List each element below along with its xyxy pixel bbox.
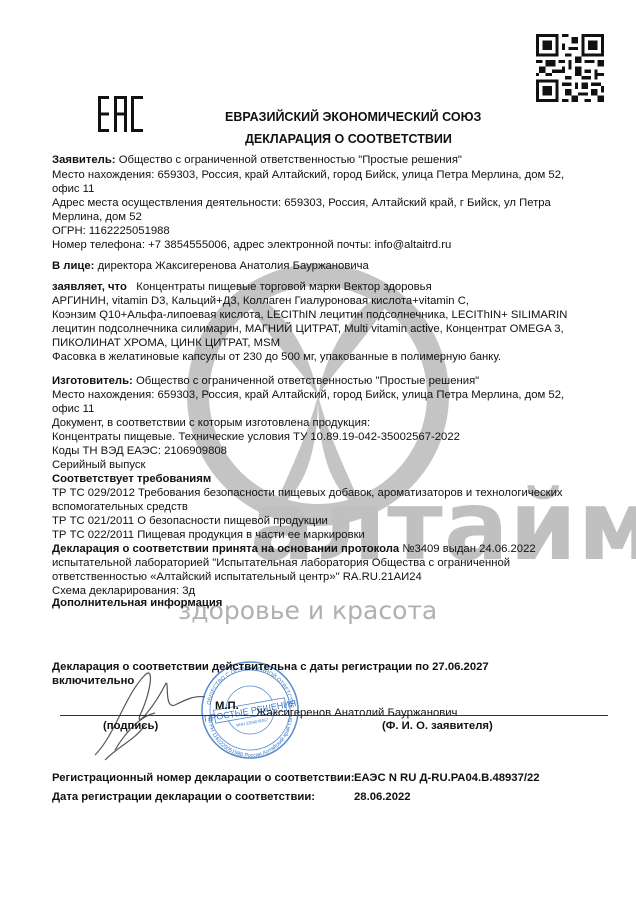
- applicant-activity-2: Мерлина, дом 52: [52, 211, 142, 224]
- declares-line-5: ПИКОЛИНАТ ХРОМА, ЦИНК ЦИТРАТ, MSM: [52, 337, 280, 350]
- representative-label: В лице:: [52, 260, 94, 272]
- applicant-label: Заявитель:: [52, 154, 116, 166]
- manufacturer-release: Серийный выпуск: [52, 459, 146, 472]
- declares-label: заявляет, что: [52, 281, 127, 293]
- manufacturer-doc-label: Документ, в соответствии с которым изгот…: [52, 417, 370, 430]
- basis-line-2: испытательной лабораторией "Испытательна…: [52, 557, 510, 570]
- declares-line-3: Коэнзим Q10+Альфа-липоевая кислота, LECI…: [52, 309, 567, 322]
- validity-line-2: включительно: [52, 675, 134, 688]
- mp-label: М.П.: [215, 700, 239, 712]
- manufacturer-doc-value: Концентраты пищевые. Технические условия…: [52, 431, 460, 444]
- requirement-2: ТР ТС 021/2011 О безопасности пищевой пр…: [52, 515, 328, 528]
- declares-line-6: Фасовка в желатиновые капсулы от 230 до …: [52, 351, 501, 364]
- org-title: ЕВРАЗИЙСКИЙ ЭКОНОМИЧЕСКИЙ СОЮЗ: [225, 110, 625, 124]
- document-title: ДЕКЛАРАЦИЯ О СООТВЕТСТВИИ: [245, 132, 636, 146]
- declares-line-2: АРГИНИН, vitamin D3, Кальций+Д3, Коллаге…: [52, 295, 469, 308]
- signature-line: [60, 715, 608, 716]
- basis-line: Декларация о соответствии принята на осн…: [52, 543, 536, 556]
- basis-value: №3409 выдан 24.06.2022: [402, 543, 535, 555]
- declares-line: заявляет, что Концентраты пищевые торгов…: [52, 281, 432, 294]
- registration-date-value: 28.06.2022: [354, 791, 411, 803]
- manufacturer-address-1: Место нахождения: 659303, Россия, край А…: [52, 389, 564, 402]
- requirement-1a: ТР ТС 029/2012 Требования безопасности п…: [52, 487, 563, 500]
- applicant-contacts: Номер телефона: +7 3854555006, адрес эле…: [52, 239, 451, 252]
- requirement-1b: вспомогательных средств: [52, 501, 188, 514]
- representative-value: директора Жаксигеренова Анатолия Бауржан…: [98, 260, 369, 272]
- applicant-full-name: Жаксигеренов Анатолий Бауржанович: [256, 707, 457, 719]
- requirements-label: Соответствует требованиям: [52, 473, 211, 486]
- signature-caption: (подпись): [103, 720, 158, 732]
- manufacturer-label: Изготовитель:: [52, 375, 133, 387]
- applicant-address-2: офис 11: [52, 183, 94, 196]
- manufacturer-tn-ved: Коды ТН ВЭД ЕАЭС: 2106909808: [52, 445, 227, 458]
- qr-code-icon[interactable]: [536, 32, 604, 104]
- name-caption: (Ф. И. О. заявителя): [382, 720, 493, 732]
- applicant-name: Общество с ограниченной ответственностью…: [119, 154, 462, 166]
- registration-number-value: ЕАЭС N RU Д-RU.РА04.В.48937/22: [354, 772, 540, 784]
- declares-line-4: лецитин подсолнечника силимарин, МАГНИЙ …: [52, 323, 564, 336]
- eac-logo-icon: [98, 96, 144, 132]
- validity-line-1: Декларация о соответствии действительна …: [52, 661, 489, 674]
- applicant-address-1: Место нахождения: 659303, Россия, край А…: [52, 169, 564, 182]
- additional-info-label: Дополнительная информация: [52, 597, 222, 610]
- manufacturer-line: Изготовитель: Общество с ограниченной от…: [52, 375, 479, 388]
- applicant-ogrn: ОГРН: 1162225051988: [52, 225, 170, 238]
- manufacturer-address-2: офис 11: [52, 403, 94, 416]
- basis-label: Декларация о соответствии принята на осн…: [52, 543, 399, 555]
- requirement-3: ТР ТС 022/2011 Пищевая продукция в части…: [52, 529, 365, 542]
- declares-product: Концентраты пищевые торговой марки Векто…: [136, 281, 431, 293]
- applicant-activity-1: Адрес места осуществления деятельности: …: [52, 197, 551, 210]
- registration-number-label: Регистрационный номер декларации о соотв…: [52, 772, 355, 784]
- representative-line: В лице: директора Жаксигеренова Анатолия…: [52, 260, 369, 273]
- manufacturer-name: Общество с ограниченной ответственностью…: [136, 375, 479, 387]
- registration-date-label: Дата регистрации декларации о соответств…: [52, 791, 315, 803]
- applicant-line: Заявитель: Общество с ограниченной ответ…: [52, 154, 462, 167]
- basis-line-3: ответственностью «Алтайский испытательны…: [52, 571, 422, 584]
